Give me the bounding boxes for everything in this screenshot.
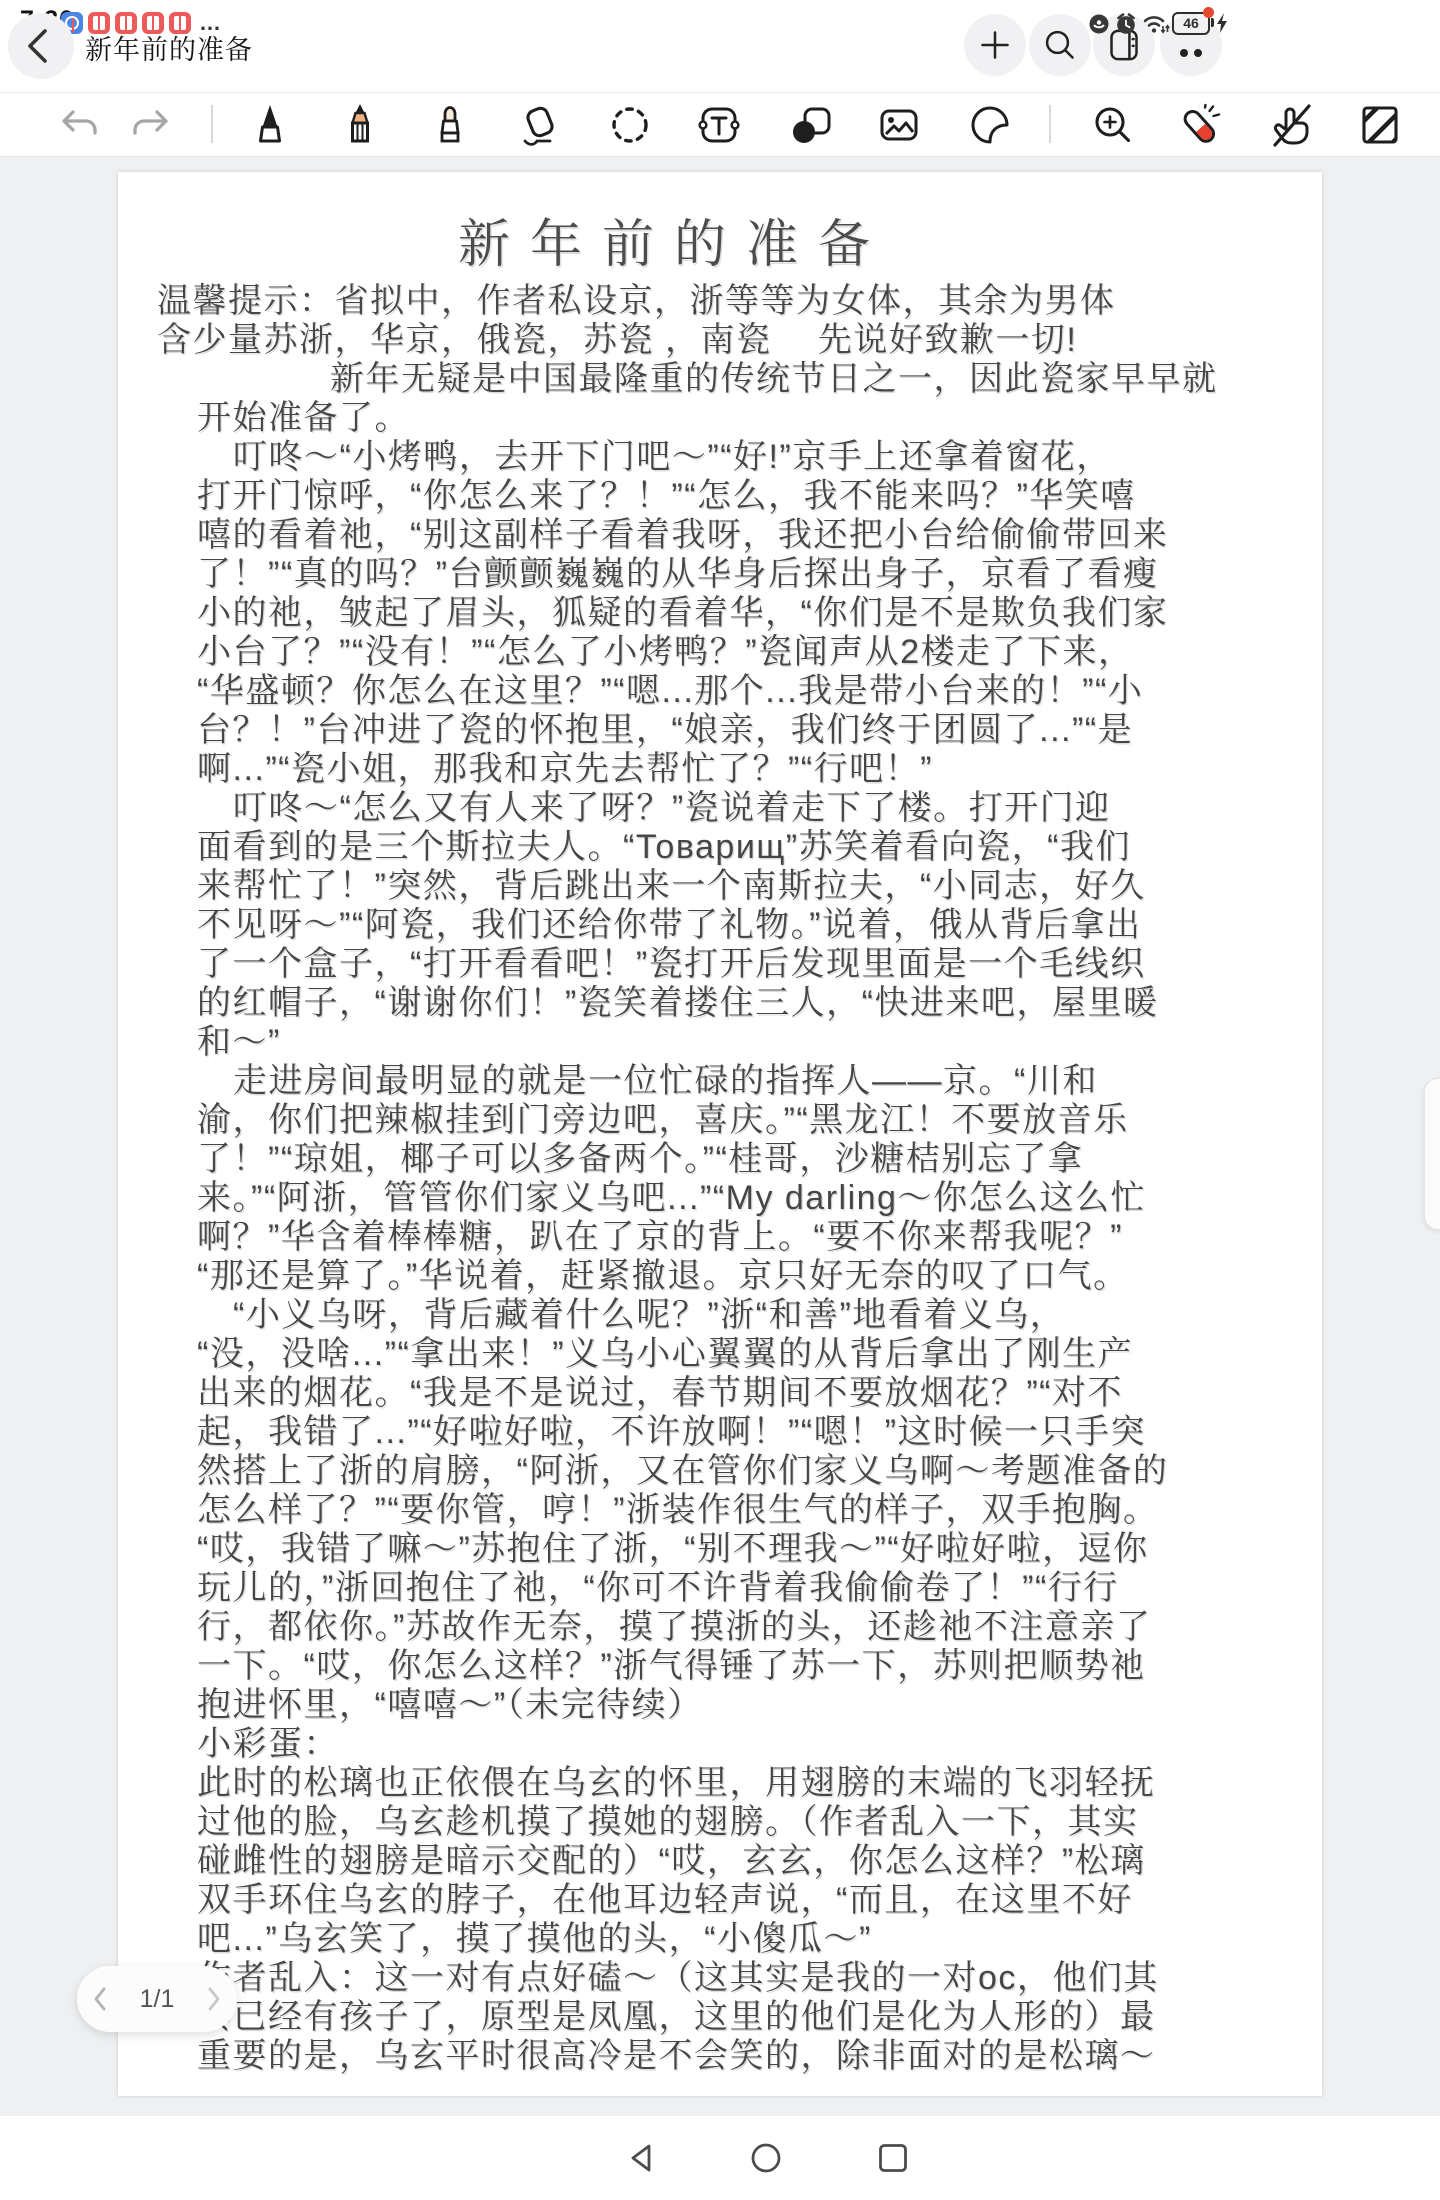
doc-line: 实已经有孩子了，原型是凤凰，这里的他们是化为人形的）最 bbox=[197, 1998, 1218, 2037]
charging-bolt-icon bbox=[1216, 13, 1228, 33]
note-page[interactable]: 新年前的准备 温馨提示：省拟中，作者私设京，浙等等为女体，其余为男体含少量苏浙，… bbox=[118, 172, 1322, 2096]
doc-line: 过他的脸，乌玄趁机摸了摸她的翅膀。（作者乱入一下，其实 bbox=[197, 1803, 1218, 1842]
marker-pen-icon bbox=[426, 101, 474, 149]
chevron-left-icon bbox=[15, 20, 67, 72]
doc-line: 小台了？”“没有！”“怎么了小烤鸭？”瓷闻声从2楼走了下来， bbox=[197, 633, 1218, 672]
doc-line: 台？！”台冲进了瓷的怀抱里，“娘亲，我们终于团圆了...”“是 bbox=[197, 711, 1218, 750]
paper-pattern-tool[interactable] bbox=[1356, 101, 1404, 149]
pattern-background-icon bbox=[1356, 101, 1404, 149]
doc-line: 来帮忙了！”突然，背后跳出来一个南斯拉夫，“小同志，好久 bbox=[197, 867, 1218, 906]
search-button[interactable] bbox=[1029, 14, 1091, 76]
redo-icon bbox=[126, 101, 174, 149]
search-icon bbox=[1040, 25, 1080, 65]
doc-line: 小的祂，皱起了眉头，狐疑的看着华，“你们是不是欺负我们家 bbox=[197, 594, 1218, 633]
doc-line: 来。”“阿浙，管管你们家义乌吧...”“My darling～你怎么这么忙 bbox=[197, 1179, 1218, 1218]
doc-line: “小义乌呀，背后藏着什么呢？”浙“和善”地看着义乌， bbox=[197, 1296, 1218, 1335]
doc-line: 了一个盒子，“打开看看吧！”瓷打开后发现里面是一个毛线织 bbox=[197, 945, 1218, 984]
eye-comfort-icon bbox=[1087, 12, 1111, 36]
undo-icon bbox=[56, 101, 104, 149]
insert-image-tool[interactable] bbox=[875, 101, 923, 149]
pen-tool[interactable] bbox=[246, 101, 294, 149]
add-note-button[interactable] bbox=[964, 14, 1026, 76]
notification-dot bbox=[1203, 7, 1214, 18]
doc-line: 碰雌性的翅膀是暗示交配的）“哎，玄玄，你怎么这样？”松璃 bbox=[197, 1842, 1218, 1881]
doc-line: 走进房间最明显的就是一位忙碌的指挥人——京。“川和 bbox=[197, 1062, 1218, 1101]
doc-line: 一下。“哎，你怎么这样？”浙气得锤了苏一下，苏则把顺势祂 bbox=[197, 1647, 1218, 1686]
doc-line: 渝，你们把辣椒挂到门旁边吧，喜庆。”“黑龙江！不要放音乐 bbox=[197, 1101, 1218, 1140]
redo-button[interactable] bbox=[126, 101, 174, 149]
drawing-toolbar bbox=[0, 93, 1440, 157]
text-tool[interactable] bbox=[695, 101, 743, 149]
android-nav-bar bbox=[0, 2116, 1440, 2200]
text-box-icon bbox=[695, 101, 743, 149]
nav-recents-button[interactable] bbox=[874, 2139, 912, 2177]
doc-line: 和～” bbox=[197, 1023, 1218, 1062]
doc-line: 新年无疑是中国最隆重的传统节日之一，因此瓷家早早就 bbox=[197, 360, 1218, 399]
pencil-tool[interactable] bbox=[336, 101, 384, 149]
doc-line: 抱进怀里，“嘻嘻～”（未完待续） bbox=[197, 1686, 1218, 1725]
plus-icon bbox=[975, 25, 1015, 65]
page-indicator[interactable]: 1/1 bbox=[77, 1966, 237, 2032]
doc-line: 此时的松璃也正依偎在乌玄的怀里，用翅膀的末端的飞羽轻抚 bbox=[197, 1764, 1218, 1803]
note-title: 新年前的准备 bbox=[85, 28, 253, 67]
toolbar-divider bbox=[1049, 105, 1051, 143]
doc-line: “哎，我错了嘛～”苏抱住了浙，“别不理我～”“好啦好啦，逗你 bbox=[197, 1530, 1218, 1569]
shapes-icon bbox=[787, 101, 835, 149]
doc-line: 的红帽子，“谢谢你们！”瓷笑着搂住三人，“快进来吧，屋里暖 bbox=[197, 984, 1218, 1023]
sticker-tool[interactable] bbox=[966, 101, 1014, 149]
zoom-in-icon bbox=[1089, 101, 1137, 149]
doc-line: 叮咚～“怎么又有人来了呀？”瓷说着走下了楼。打开门迎 bbox=[197, 789, 1218, 828]
wifi-icon bbox=[1142, 12, 1170, 36]
doc-line: 作者乱入：这一对有点好磕～（这其实是我的一对oc，他们其 bbox=[197, 1959, 1218, 1998]
sticker-icon bbox=[966, 101, 1014, 149]
undo-button[interactable] bbox=[56, 101, 104, 149]
doc-line: 啊...”“瓷小姐，那我和京先去帮忙了？”“行吧！” bbox=[197, 750, 1218, 789]
doc-line: “华盛顿？你怎么在这里？”“嗯...那个...我是带小台来的！”“小 bbox=[197, 672, 1218, 711]
eraser-tool[interactable] bbox=[516, 101, 564, 149]
laser-pointer-tool[interactable] bbox=[1175, 101, 1223, 149]
eraser-icon bbox=[516, 101, 564, 149]
doc-line: 了！”“琼姐，椰子可以多备两个。”“桂哥，沙糖桔别忘了拿 bbox=[197, 1140, 1218, 1179]
doc-line: 玩儿的，”浙回抱住了祂，“你可不许背着我偷偷卷了！”“行行 bbox=[197, 1569, 1218, 1608]
doc-line: 含少量苏浙，华京，俄瓷，苏瓷 ，南瓷 先说好致歉一切! bbox=[157, 321, 1218, 360]
fountain-pen-icon bbox=[246, 101, 294, 149]
doc-line: 打开门惊呼，“你怎么来了？！”“怎么，我不能来吗？”华笑嘻 bbox=[197, 477, 1218, 516]
doc-line: 小彩蛋： bbox=[197, 1725, 1218, 1764]
laser-pointer-icon bbox=[1175, 101, 1223, 149]
header: 7:36 … 新年前的准备 bbox=[0, 0, 1440, 93]
doc-line: 叮咚～“小烤鸭，去开下门吧～”“好!”京手上还拿着窗花， bbox=[197, 438, 1218, 477]
marker-tool[interactable] bbox=[426, 101, 474, 149]
doc-line: 怎么样了？”“要你管，哼！”浙装作很生气的样子，双手抱胸。 bbox=[197, 1491, 1218, 1530]
toolbar-divider bbox=[211, 105, 213, 143]
nav-back-button[interactable] bbox=[622, 2139, 660, 2177]
document-title: 新年前的准备 bbox=[72, 202, 1276, 277]
zoom-tool[interactable] bbox=[1089, 101, 1137, 149]
doc-line: 不见呀～”“阿瓷，我们还给你带了礼物。”说着，俄从背后拿出 bbox=[197, 906, 1218, 945]
doc-line: 嘻的看着祂，“别这副样子看着我呀，我还把小台给偷偷带回来 bbox=[197, 516, 1218, 555]
shape-tool[interactable] bbox=[787, 101, 835, 149]
back-button[interactable] bbox=[8, 13, 74, 79]
scroll-handle[interactable] bbox=[1424, 1078, 1440, 1230]
nav-home-button[interactable] bbox=[747, 2139, 785, 2177]
note-canvas[interactable]: 新年前的准备 温馨提示：省拟中，作者私设京，浙等等为女体，其余为男体含少量苏浙，… bbox=[0, 157, 1440, 2116]
page-next-chevron-icon[interactable] bbox=[205, 1985, 223, 2013]
doc-line: 开始准备了。 bbox=[197, 399, 1218, 438]
screen: 7:36 … 新年前的准备 bbox=[0, 0, 1440, 2200]
lasso-icon bbox=[606, 101, 654, 149]
doc-line: 吧...”乌玄笑了，摸了摸他的头，“小傻瓜～” bbox=[197, 1920, 1218, 1959]
doc-line: 起，我错了...”“好啦好啦，不许放啊！”“嗯！”这时候一只手突 bbox=[197, 1413, 1218, 1452]
doc-lines: 温馨提示：省拟中，作者私设京，浙等等为女体，其余为男体含少量苏浙，华京，俄瓷，苏… bbox=[197, 282, 1218, 2076]
doc-line: “没，没啥...”“拿出来！”义乌小心翼翼的从背后拿出了刚生产 bbox=[197, 1335, 1218, 1374]
doc-line: 然搭上了浙的肩膀，“阿浙，又在管你们家义乌啊～考题准备的 bbox=[197, 1452, 1218, 1491]
pencil-icon bbox=[336, 101, 384, 149]
image-icon bbox=[875, 101, 923, 149]
doc-line: 面看到的是三个斯拉夫人。“Товарищ”苏笑着看向瓷，“我们 bbox=[197, 828, 1218, 867]
page-number: 1/1 bbox=[140, 1985, 175, 2014]
touch-disabled-icon bbox=[1267, 101, 1315, 149]
alarm-clock-icon bbox=[1114, 11, 1138, 37]
doc-line: 重要的是，乌玄平时很高冷是不会笑的，除非面对的是松璃～ bbox=[197, 2037, 1218, 2076]
touch-draw-toggle[interactable] bbox=[1267, 101, 1315, 149]
lasso-select-tool[interactable] bbox=[606, 101, 654, 149]
doc-line: 出来的烟花。“我是不是说过，春节期间不要放烟花？”“对不 bbox=[197, 1374, 1218, 1413]
doc-line: 了！”“真的吗？”台颤颤巍巍的从华身后探出身子，京看了看瘦 bbox=[197, 555, 1218, 594]
doc-line: 啊？”华含着棒棒糖，趴在了京的背上。“要不你来帮我呢？” bbox=[197, 1218, 1218, 1257]
page-prev-chevron-icon[interactable] bbox=[91, 1985, 109, 2013]
doc-line: 行，都依你。”苏故作无奈，摸了摸浙的头，还趁祂不注意亲了 bbox=[197, 1608, 1218, 1647]
doc-line: 温馨提示：省拟中，作者私设京，浙等等为女体，其余为男体 bbox=[157, 282, 1218, 321]
doc-line: 双手环住乌玄的脖子，在他耳边轻声说，“而且，在这里不好 bbox=[197, 1881, 1218, 1920]
doc-line: “那还是算了。”华说着，赶紧撤退。京只好无奈的叹了口气。 bbox=[197, 1257, 1218, 1296]
